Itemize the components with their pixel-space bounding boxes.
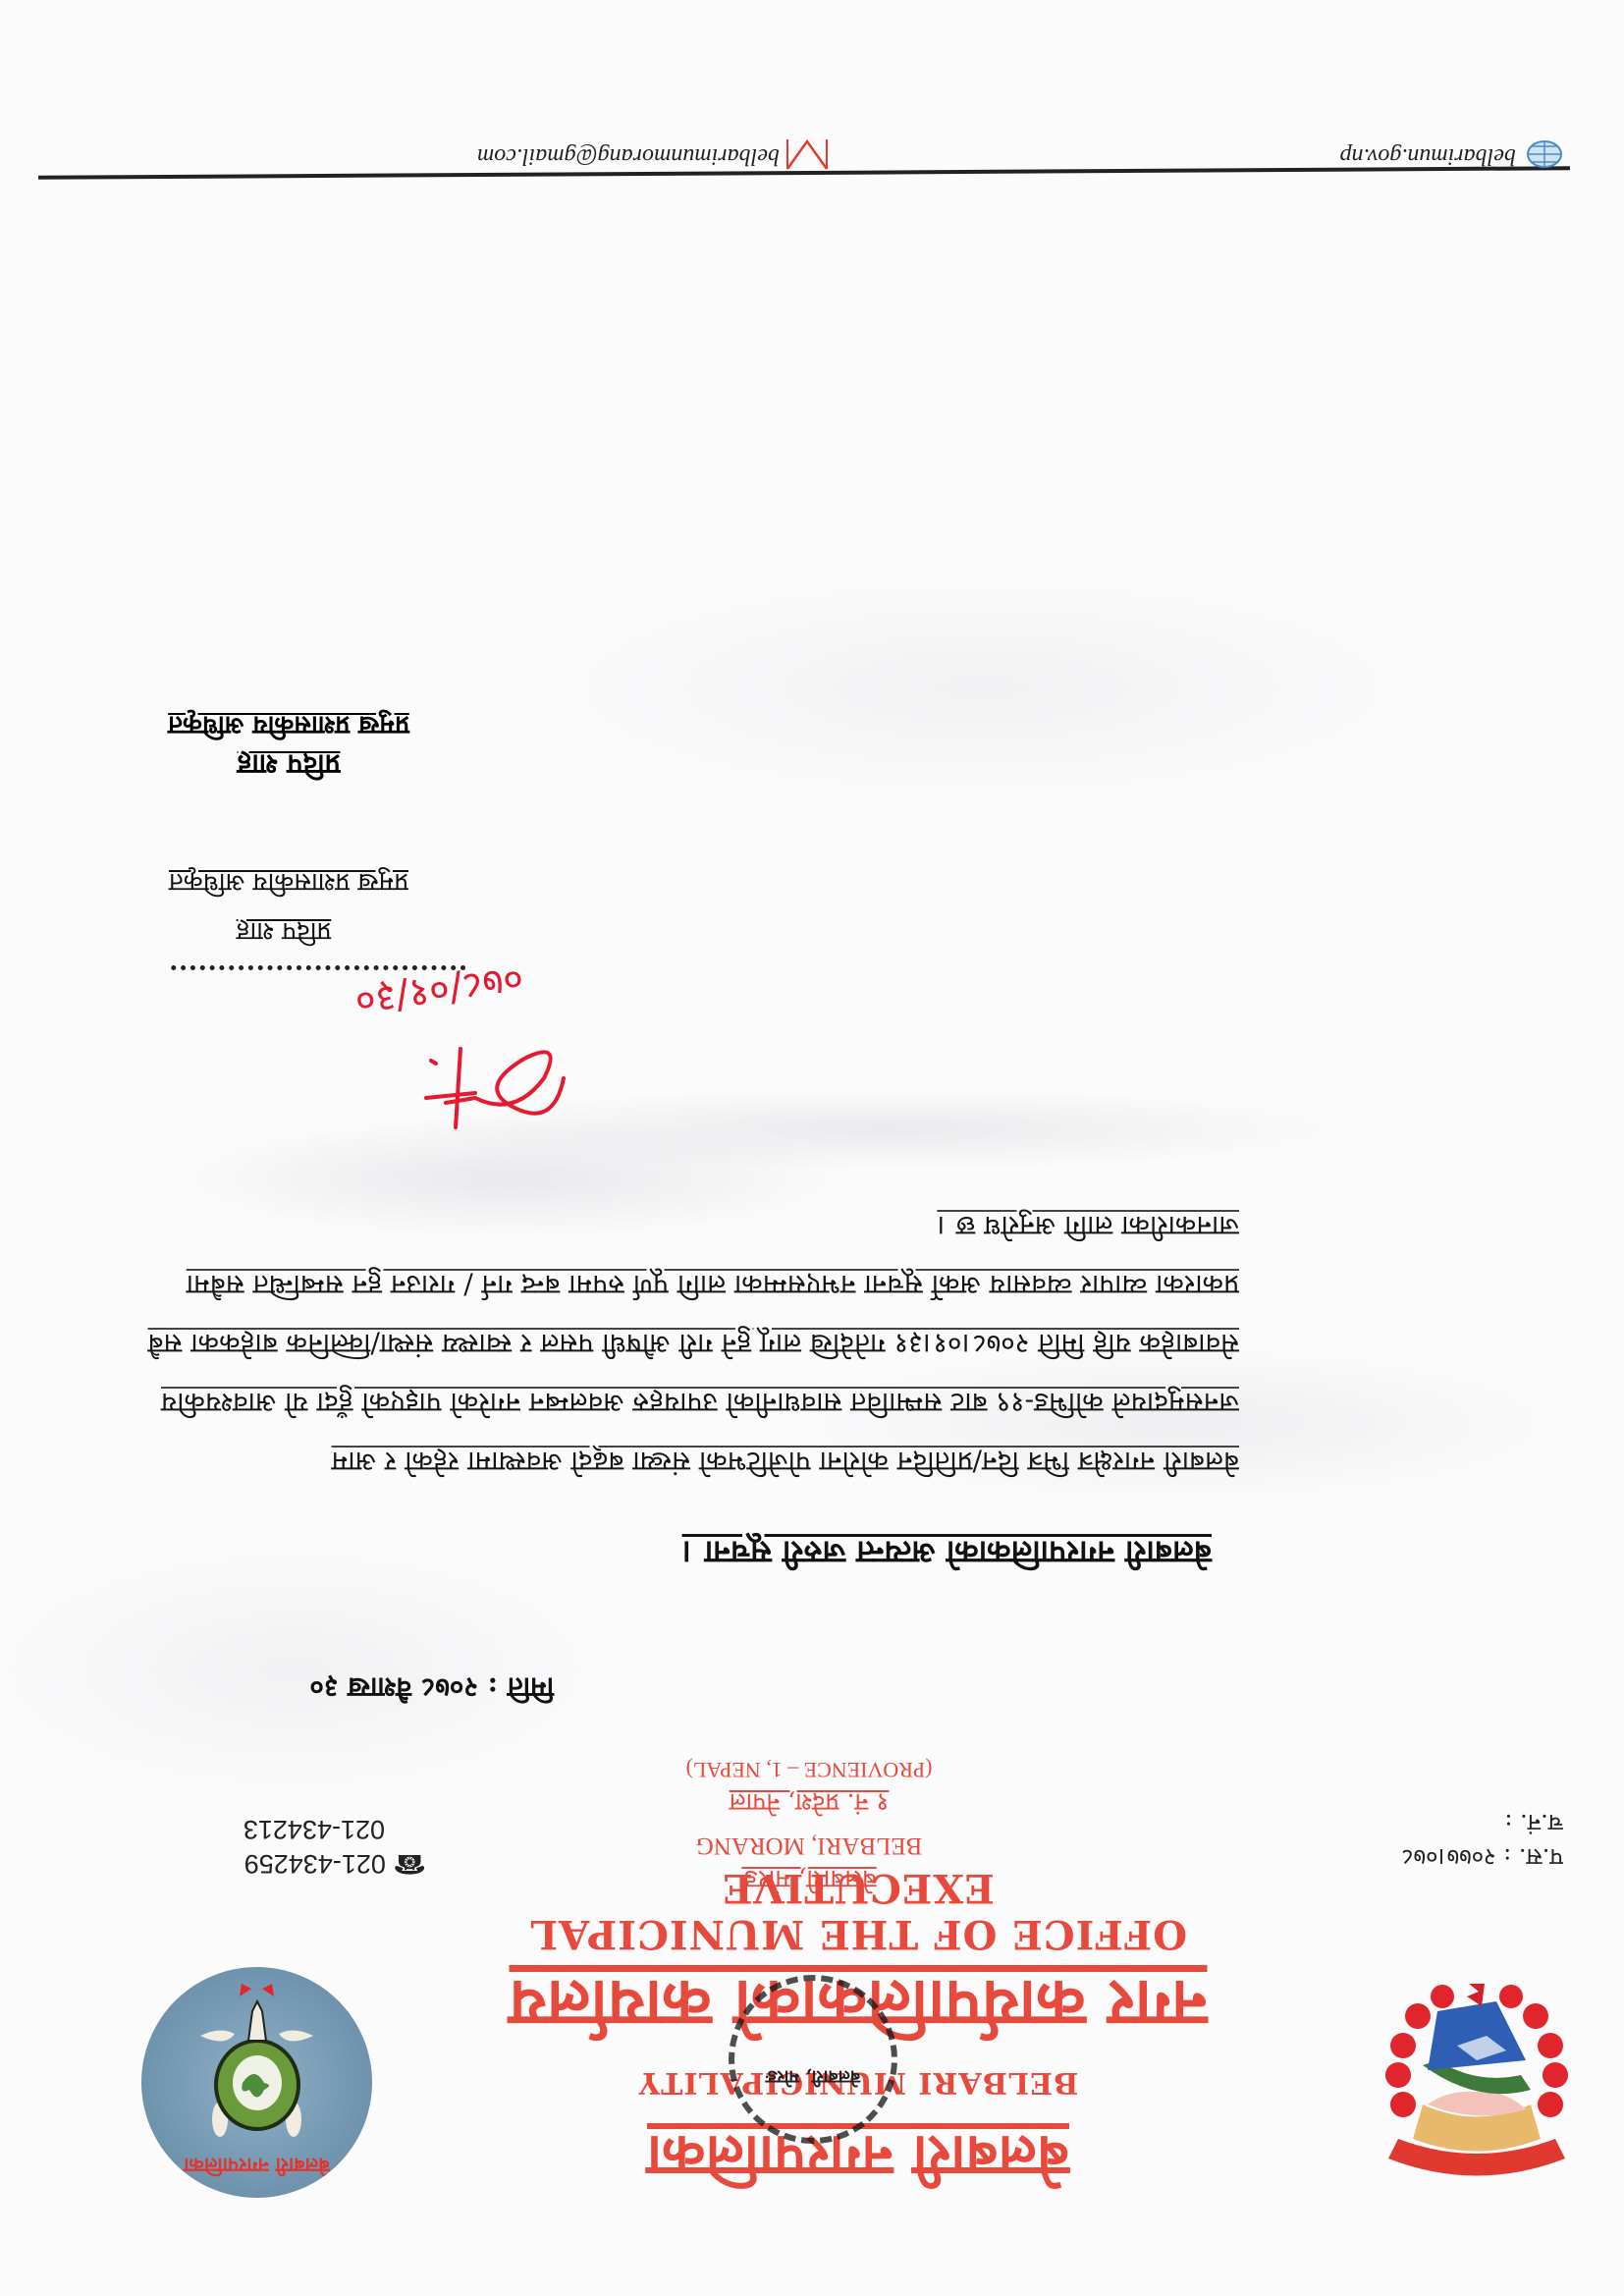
stamp-title: प्रमुख प्रशासकीय अधिकृत	[92, 709, 485, 744]
signature-line	[171, 965, 465, 970]
notice-line: जानकारीका लागि अनुरोध छ ।	[159, 1196, 1239, 1255]
round-stamp-text: बेलबारी, मोरङ	[744, 2065, 882, 2089]
notice-line: सेवाबाहेक यहि मिति २०७८।०१।३१ गतेदेखि ला…	[159, 1314, 1239, 1373]
chalani-number: च.नं. :	[1504, 1807, 1563, 1839]
notice-body: बेलबारी नगरक्षेत्र भित्र दिन/प्रतिदिन को…	[159, 1196, 1239, 1491]
footer-email[interactable]: belbarimunmorang@gmail.com	[477, 142, 780, 169]
official-round-stamp: बेलबारी, मोरङ	[729, 1975, 897, 2144]
province-english: (PROVIENCE – 1, NEPAL)	[544, 1757, 1074, 1782]
mail-icon	[785, 137, 829, 171]
nepal-emblem-icon	[1369, 1982, 1585, 2198]
footer-website[interactable]: belbarimun.gov.np	[1339, 142, 1516, 169]
notice-title: बेलबारी नगरपालिकाको अत्यन्त जरुरी सूचना …	[682, 1532, 1212, 1574]
notice-line: प्रकारका व्यापार व्यवसाय अर्को सूचना नभए…	[159, 1255, 1239, 1314]
phone-1: ☎ 021-434259	[244, 1848, 426, 1879]
notice-document: बेलबारी नगरपालिका BELBARI MUNICIPALITY न…	[0, 0, 1624, 2296]
municipality-logo: बेलबारी नगरपालिका	[141, 1967, 372, 2198]
signatory-title: प्रमुख प्रशासकीय अधिकृत	[92, 866, 485, 902]
municipality-name-nepali: बेलबारी नगरपालिका	[485, 2120, 1231, 2198]
notice-date: मिति : २०७८ वैशाख ३०	[309, 1669, 554, 1707]
address-nepali: बेलबारी, मोरङ	[544, 1863, 1074, 1898]
province-nepali: १ नं. प्रदेश, नेपाल	[544, 1786, 1074, 1820]
address-english: BELBARI, MORANG	[544, 1831, 1074, 1859]
turtle-icon	[181, 1982, 333, 2144]
logo-text: बेलबारी नगरपालिका	[161, 2155, 352, 2176]
notice-line: जनसमुदायले कोभिड-१९ बाट सम्भावित सावधानी…	[159, 1373, 1239, 1432]
telephone-icon: ☎	[386, 1849, 426, 1879]
notice-line: बेलबारी नगरक्षेत्र भित्र दिन/प्रतिदिन को…	[159, 1432, 1239, 1491]
signatory-name: प्रदिप शाह	[102, 915, 465, 951]
globe-icon	[1526, 139, 1563, 169]
phone-2: 021-434213	[244, 1814, 385, 1844]
patra-sankhya: प.स. : २०७७।०७८	[1401, 1841, 1563, 1874]
stamp-name: प्रदिप शाह	[92, 746, 485, 784]
